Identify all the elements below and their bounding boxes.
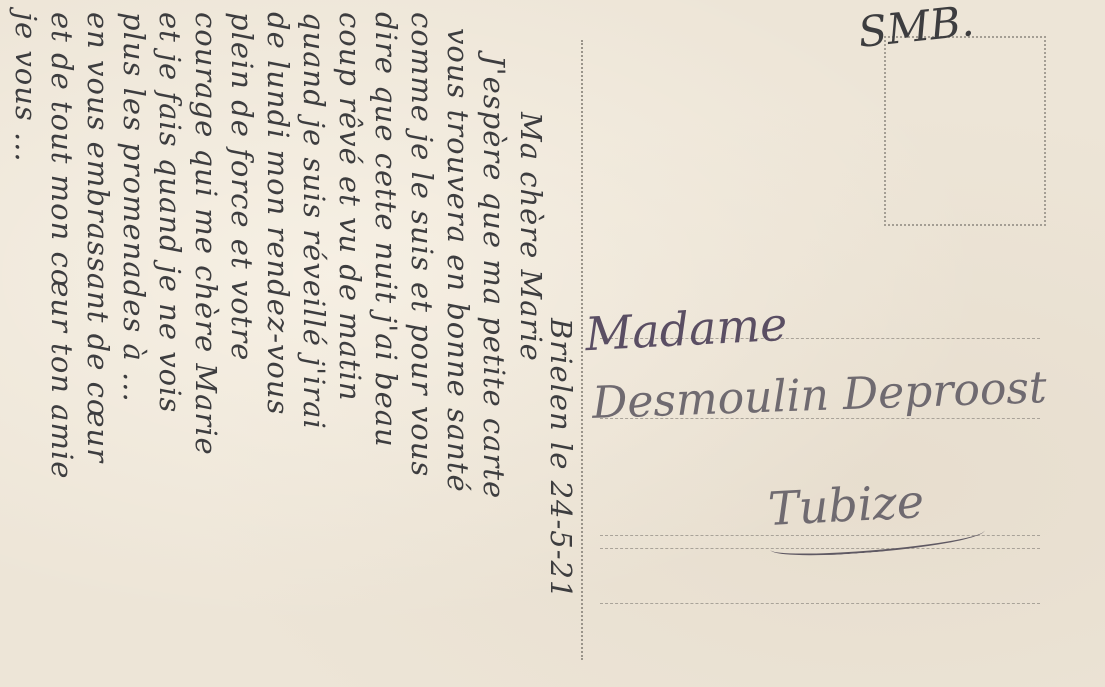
message-line: et je fais quand je ne vois [155,12,184,413]
message-line: de lundi mon rendez-vous [263,12,292,415]
postcard-back: Brielen le 24-5-21 Ma chère Marie J'espè… [0,0,1105,687]
message-line: courage qui me chère Marie [191,12,220,456]
address-recipient-title: Madame [584,297,789,362]
message-line: comme je le suis et pour vous [407,12,436,477]
message-line: quand je suis réveillé j'irai [299,12,328,430]
center-divider-line [581,40,583,660]
message-line: je vous ... [11,12,40,163]
message-line: J'espère que ma petite carte [479,55,508,499]
message-line: vous trouvera en bonne santé [443,28,472,493]
stamp-placeholder-box [884,36,1046,226]
address-line-5 [600,603,1040,604]
message-line: Ma chère Marie [516,112,545,362]
message-line: en vous embrassant de cœur [83,12,112,463]
message-line: plein de force et votre [227,12,256,361]
message-date-line: Brielen le 24-5-21 [546,318,575,599]
message-line: dire que cette nuit j'ai beau [371,12,400,448]
message-line: coup rêvé et vu de matin [335,12,364,402]
message-line: plus les promenades à ... [119,12,148,403]
message-line: et de tout mon cœur ton amie [47,12,76,479]
